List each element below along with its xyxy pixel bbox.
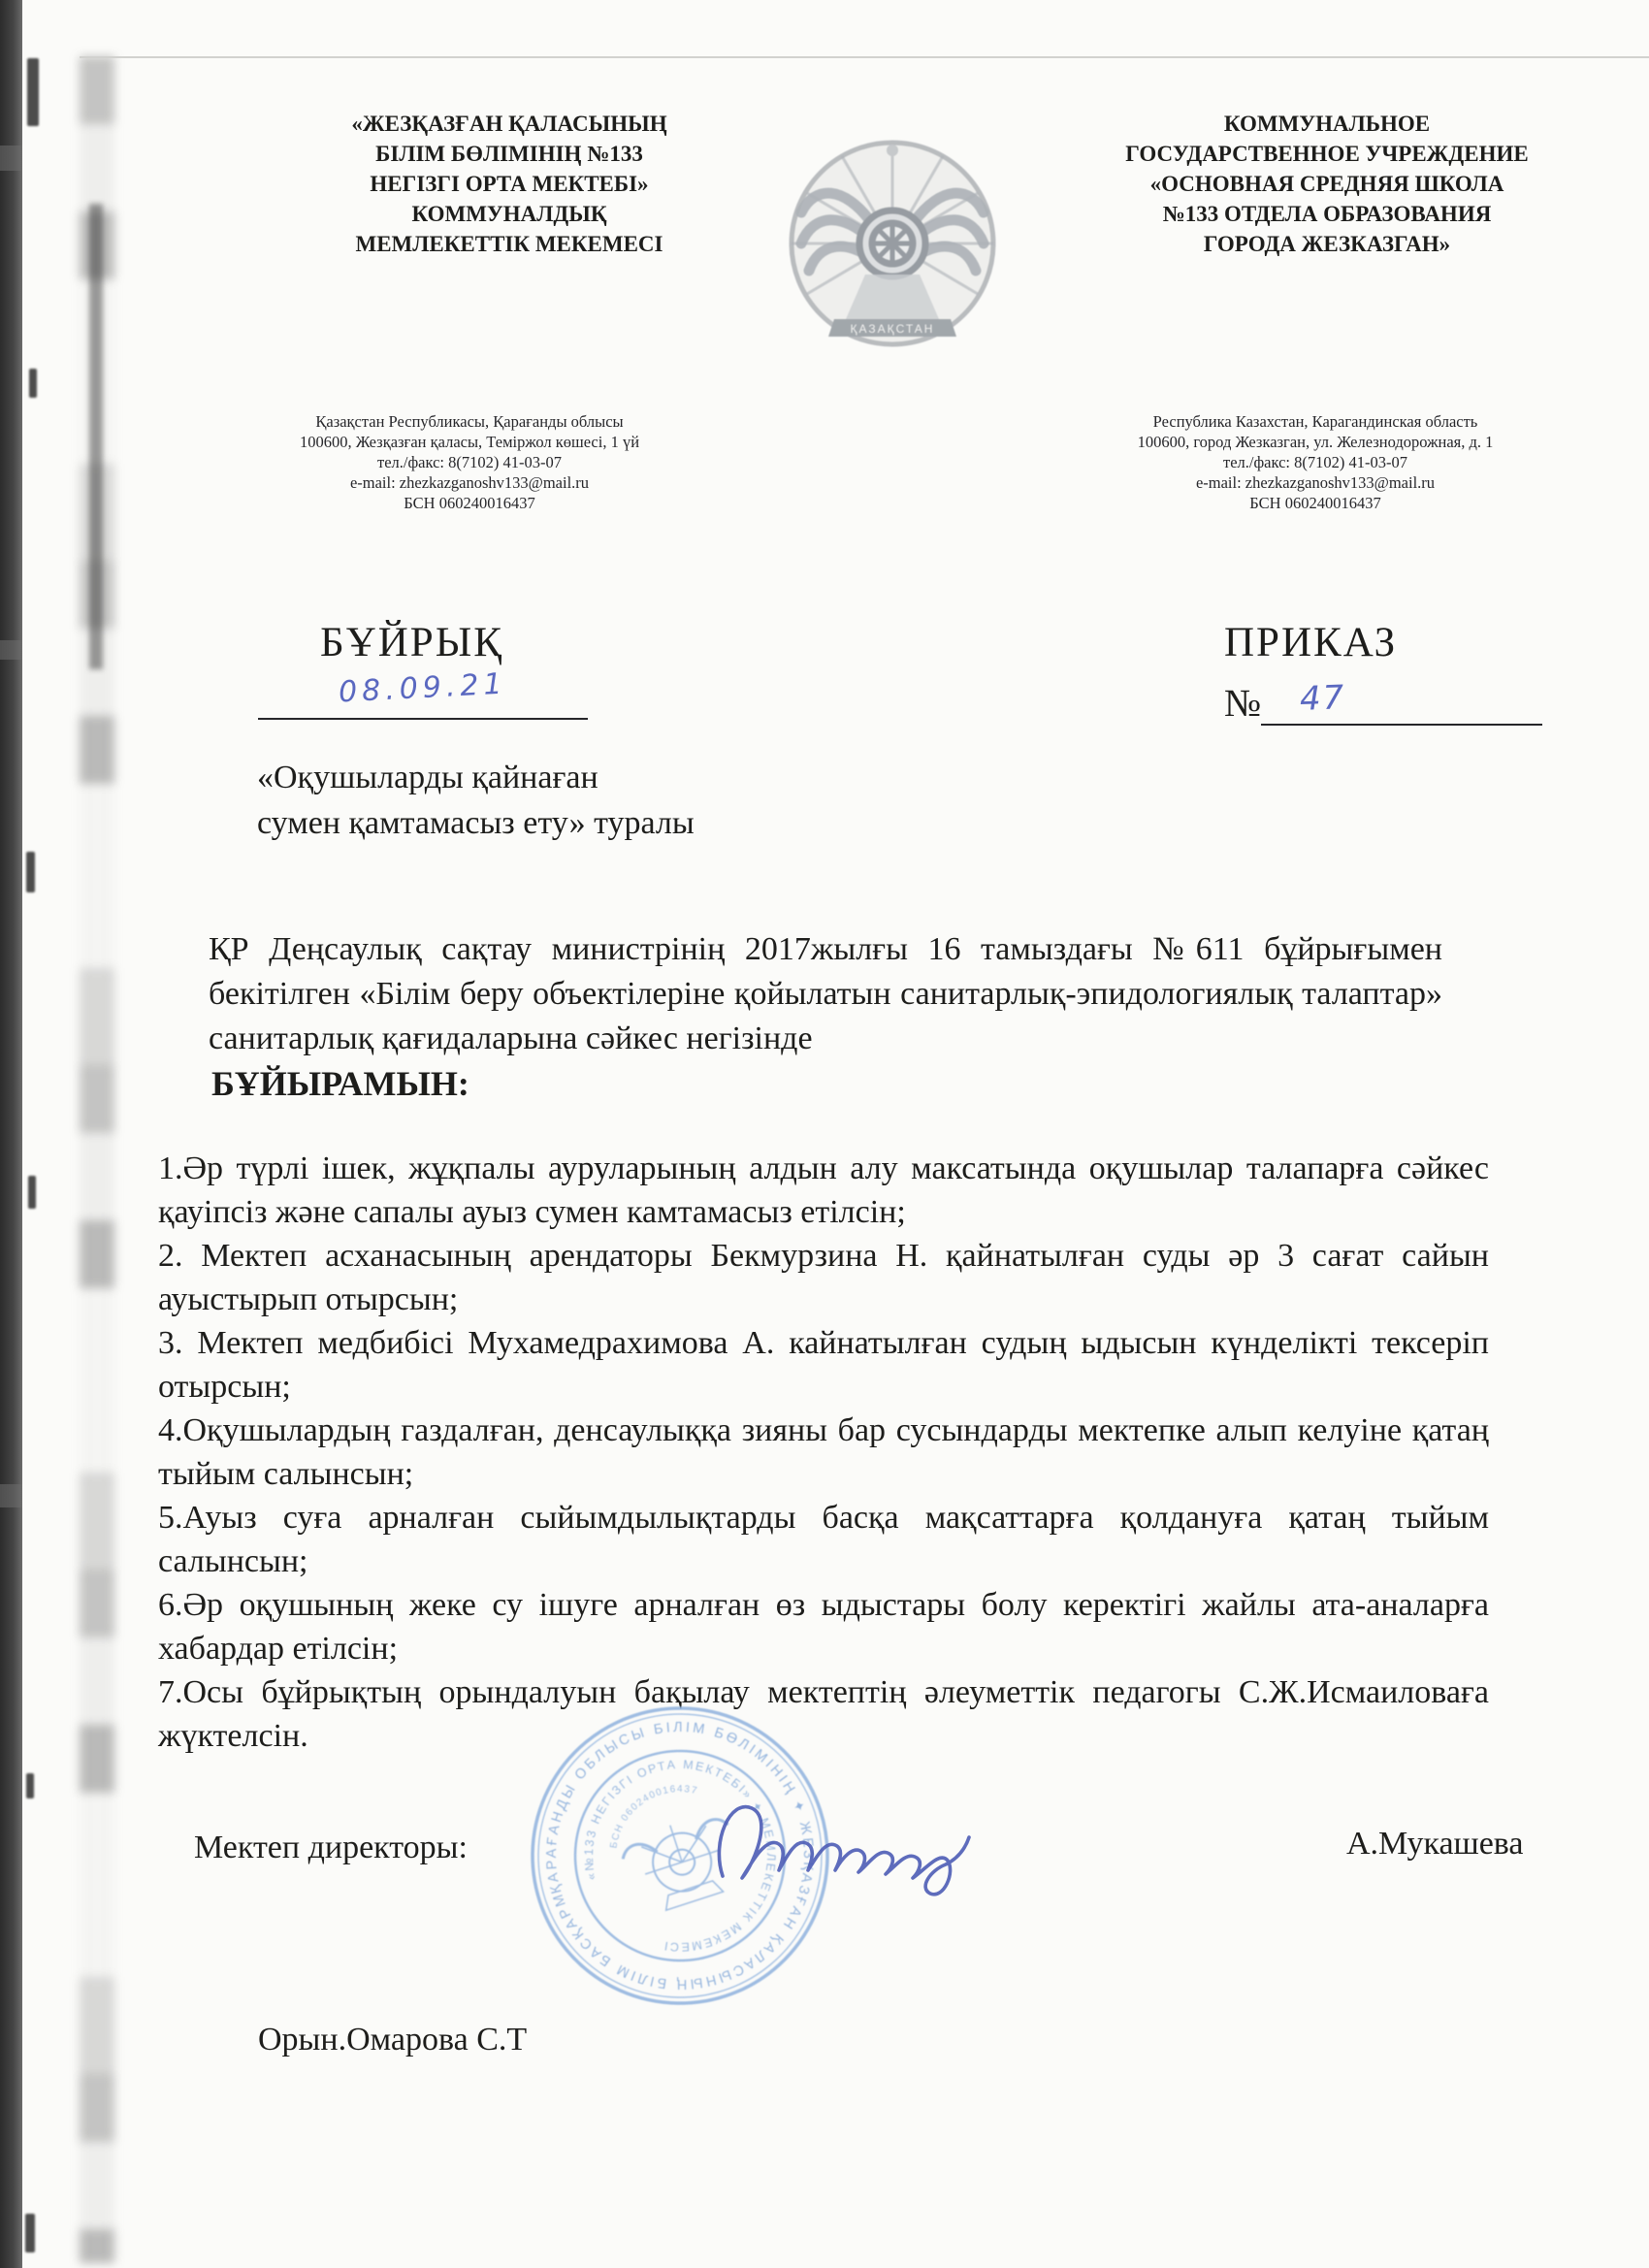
scan-artifact — [0, 640, 22, 660]
executor-note: Орын.Омарова С.Т — [258, 2022, 527, 2058]
scan-artifact — [25, 2214, 35, 2252]
scan-artifact — [26, 852, 35, 892]
scan-artifact — [27, 58, 39, 126]
contact-line: 100600, город Жезказган, ул. Железнодоро… — [1061, 432, 1569, 452]
scanned-order-page: «ЖЕЗҚАЗҒАН ҚАЛАСЫНЫҢ БІЛІМ БӨЛІМІНІҢ №13… — [0, 0, 1649, 2268]
order-title-russian: ПРИКАЗ — [1224, 619, 1397, 666]
order-number-line: 47 — [1261, 679, 1542, 726]
handwritten-date: 08.09.21 — [338, 666, 507, 709]
contact-line: Республика Казахстан, Карагандинская обл… — [1061, 411, 1569, 432]
order-item: 2. Мектеп асханасының арендаторы Бекмурз… — [158, 1234, 1489, 1321]
contact-line: БСН 060240016437 — [1061, 493, 1569, 513]
contact-line: e-mail: zhezkazganoshv133@mail.ru — [1061, 472, 1569, 493]
order-title-kazakh: БҰЙРЫҚ — [320, 619, 503, 666]
order-body: ҚР Деңсаулық сақтау министрінің 2017жылғ… — [158, 927, 1489, 1758]
director-name: А.Мукашева — [1346, 1826, 1524, 1863]
order-resolve-word: БҰЙЫРАМЫН: — [211, 1061, 1489, 1106]
org-name-russian: КОММУНАЛЬНОЕ ГОСУДАРСТВЕННОЕ УЧРЕЖДЕНИЕ … — [1026, 109, 1628, 259]
contact-line: 100600, Жезқазған қаласы, Теміржол көшес… — [221, 432, 718, 452]
order-item: 5.Ауыз суға арналған сыйымдылықтарды бас… — [158, 1496, 1489, 1583]
scan-artifact — [0, 1484, 22, 1507]
contact-line: тел./факс: 8(7102) 41-03-07 — [1061, 452, 1569, 472]
handwritten-number: 47 — [1299, 678, 1346, 719]
kazakhstan-coat-of-arms-icon: ҚАЗАҚСТАН — [776, 129, 1009, 362]
director-role-label: Мектеп директоры: — [194, 1830, 468, 1866]
order-subject: «Оқушыларды қайнаған сумен қамтамасыз ет… — [257, 755, 858, 846]
contacts-block-russian: Республика Казахстан, Карагандинская обл… — [1061, 411, 1569, 513]
scan-artifact — [0, 146, 22, 171]
contacts-block-kazakh: Қазақстан Республикасы, Қарағанды облысы… — [221, 411, 718, 513]
scan-artifact-streak — [89, 204, 103, 669]
order-date-line: 08.09.21 — [258, 671, 588, 720]
scan-artifact — [29, 369, 37, 398]
scan-artifact-line — [80, 56, 1649, 58]
scan-artifact — [26, 1773, 34, 1798]
scan-artifact — [28, 1176, 36, 1209]
order-items-list: 1.Әр түрлі ішек, жұқпалы ауруларының алд… — [158, 1147, 1489, 1758]
contact-line: e-mail: zhezkazganoshv133@mail.ru — [221, 472, 718, 493]
order-item: 3. Мектеп медбибісі Мухамедрахимова А. к… — [158, 1321, 1489, 1409]
contact-line: тел./факс: 8(7102) 41-03-07 — [221, 452, 718, 472]
order-number-row: № 47 — [1224, 679, 1542, 726]
contact-line: БСН 060240016437 — [221, 493, 718, 513]
order-preamble: ҚР Деңсаулық сақтау министрінің 2017жылғ… — [209, 927, 1442, 1061]
order-item: 6.Әр оқушының жеке су ішуге арналған өз … — [158, 1583, 1489, 1670]
order-item: 4.Оқушылардың газдалған, денсаулыққа зия… — [158, 1409, 1489, 1496]
emblem-banner-label: ҚАЗАҚСТАН — [851, 322, 935, 336]
org-name-kazakh: «ЖЕЗҚАЗҒАН ҚАЛАСЫНЫҢ БІЛІМ БӨЛІМІНІҢ №13… — [218, 109, 800, 259]
director-signature-icon — [694, 1781, 994, 1917]
order-item: 1.Әр түрлі ішек, жұқпалы ауруларының алд… — [158, 1147, 1489, 1234]
contact-line: Қазақстан Республикасы, Қарағанды облысы — [221, 411, 718, 432]
number-sign-label: № — [1224, 680, 1261, 726]
scan-artifact-edge-bar — [0, 0, 22, 2268]
